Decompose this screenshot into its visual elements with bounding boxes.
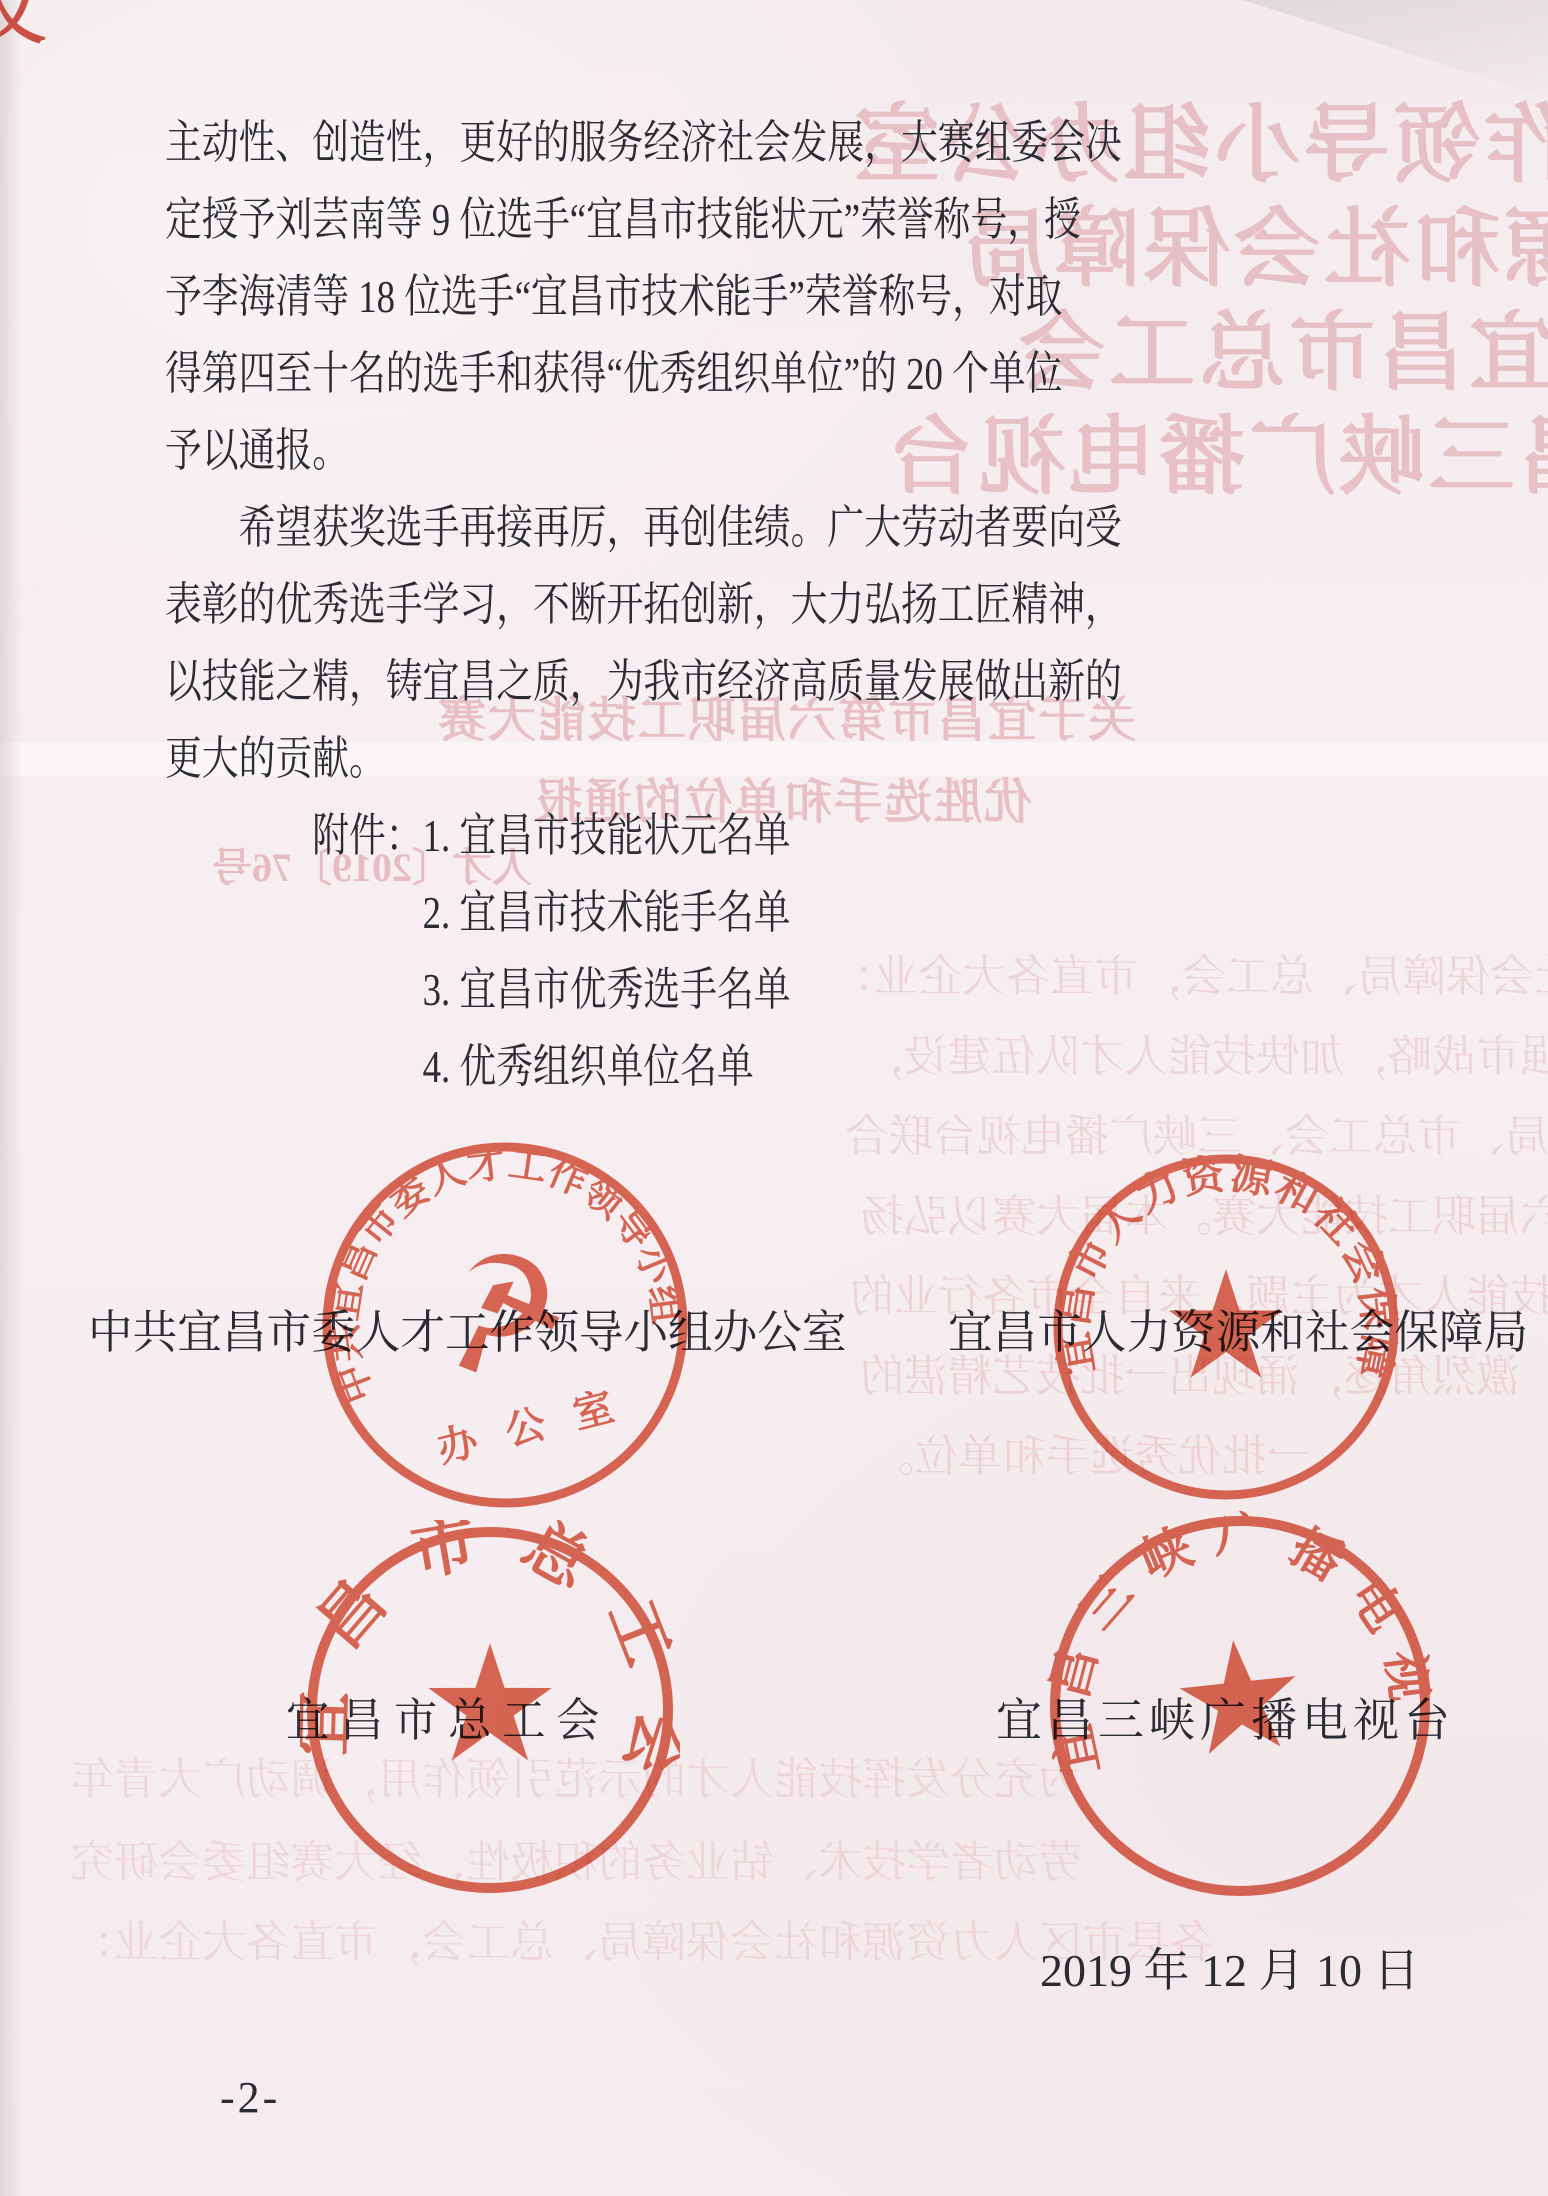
body-line: 更大的贡献。 [165, 720, 1122, 797]
stamp-tv-station: 宜昌三峡广播电视台 [1022, 1488, 1457, 1923]
body-line: 定授予刘芸南等 9 位选手“宜昌市技能状元”荣誉称号，授 [165, 181, 1122, 258]
page-number: -2- [220, 2072, 280, 2123]
body-line: 予以通报。 [165, 412, 1122, 489]
body-line: 予李海清等 18 位选手“宜昌市技术能手”荣誉称号，对取 [165, 258, 1122, 335]
attachment-line: 2. 宜昌市技术能手名单 [165, 874, 1122, 951]
hammer-sickle-icon: ☭ [416, 1213, 589, 1414]
body-line: 得第四至十名的选手和获得“优秀组织单位”的 20 个单位 [165, 335, 1122, 412]
document-date: 2019 年 12 月 10 日 [1040, 1934, 1420, 2000]
star-icon [428, 1643, 551, 1760]
attachment-line: 3. 宜昌市优秀选手名单 [165, 951, 1122, 1028]
star-icon [1175, 1634, 1302, 1756]
stamp-ring-text: 宜昌三峡广播电视台 [1022, 1488, 1442, 1781]
stamp-trade-union: 宜昌市总工会 [300, 1520, 680, 1900]
document-body: 主动性、创造性，更好的服务经济社会发展，大赛组委会决 定授予刘芸南等 9 位选手… [165, 104, 1361, 1105]
attachment-line: 4. 优秀组织单位名单 [165, 1028, 1122, 1105]
body-line: 希望获奖选手再接再厉，再创佳绩。广大劳动者要向受 [165, 489, 1122, 566]
svg-text:宜昌三峡广播电视台: 宜昌三峡广播电视台 [1022, 1488, 1442, 1781]
body-line: 以技能之精，铸宜昌之质，为我市经济高质量发展做出新的 [165, 643, 1122, 720]
stamp-hrss-bureau: 宜昌市人力资源和社会保障局 [1046, 1147, 1406, 1507]
attachment-line: 附件：1. 宜昌市技能状元名单 [165, 797, 1122, 874]
scanned-document-page: 中共宜昌市委人才工作领导小组办公室 宜昌市人力资源和社会保障局 宜昌市总工会 宜… [0, 0, 1548, 2196]
star-icon [1169, 1269, 1283, 1378]
page-corner-shadow [1243, 0, 1548, 98]
scan-edge-shade [0, 0, 22, 2196]
body-line: 主动性、创造性，更好的服务经济社会发展，大赛组委会决 [165, 104, 1122, 181]
stamp-party-office: 中共宜昌市委人才工作领导小组 ☭ 办 公 室 [275, 1095, 736, 1556]
body-line: 表彰的优秀选手学习，不断开拓创新，大力弘扬工匠精神， [165, 566, 1122, 643]
